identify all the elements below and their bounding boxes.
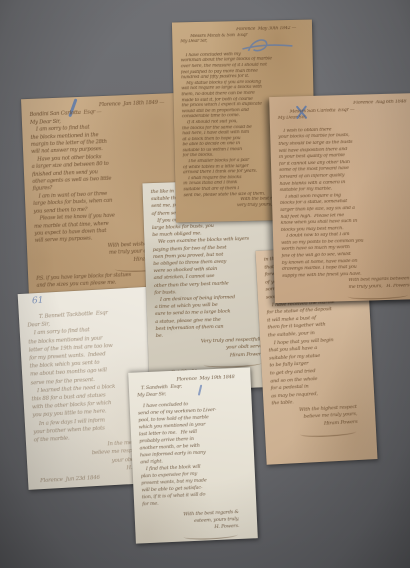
closing-lines: With the highest respectbelieve me truly… [272, 403, 368, 431]
letter-upper-right: Florence Aug 6th 1848 Messrs San Carlott… [269, 93, 410, 303]
pencil-number-61: 61 [32, 297, 44, 306]
letters-photo: Florence Jan 18th 1849 — Bondini San Car… [0, 0, 410, 568]
closing-lines: Very truly and respectfullyyour obdt ser… [156, 336, 274, 362]
letter-body: I have concluded tosend one of my workme… [138, 399, 249, 509]
letter-body: I wish to obtain thereyour blocks of mar… [278, 125, 410, 280]
closing-lines: With the best regards &esteem, yours tru… [143, 509, 250, 535]
closing-lines: With best regards betweenme truly yours,… [282, 276, 410, 293]
signature-paraph [184, 531, 238, 540]
signature-paraph [348, 291, 408, 300]
letter-bottom-center: Florence May 19th 1848 T. Sandwith Esqr,… [128, 367, 258, 543]
